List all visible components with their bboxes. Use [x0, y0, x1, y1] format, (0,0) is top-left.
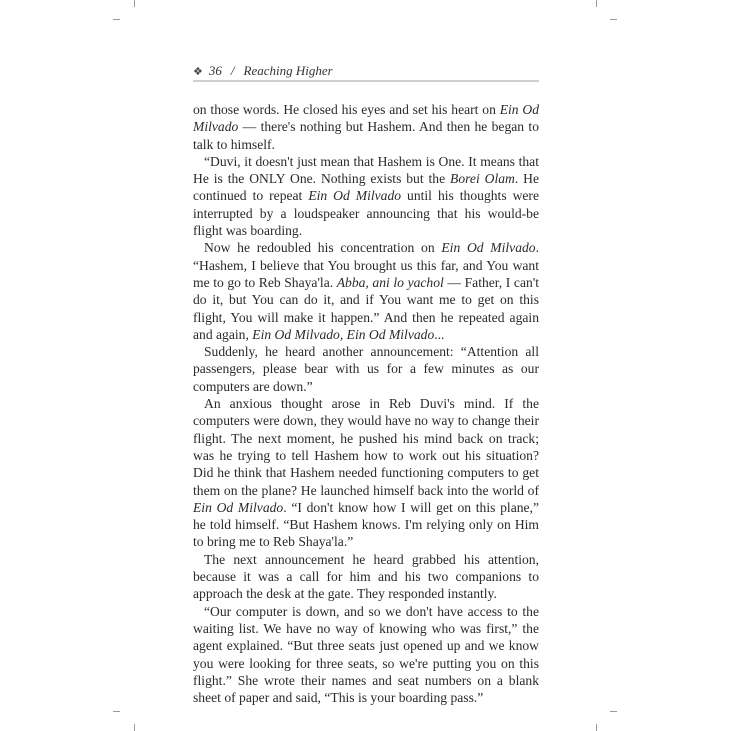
paragraph: on those words. He closed his eyes and s… [193, 101, 539, 153]
text-run: Suddenly, he heard another announcement:… [193, 344, 539, 394]
text-run: Now he redoubled his concentration on [204, 240, 441, 255]
crop-mark-bottom-left-vertical [134, 724, 135, 731]
book-title: Reaching Higher [244, 63, 333, 78]
italic-phrase: Ein Od Milvado [441, 240, 535, 255]
paragraph: “Our computer is down, and so we don't h… [193, 603, 539, 707]
header-separator: / [231, 63, 235, 78]
page-number: 36 [209, 63, 222, 78]
paragraph: “Duvi, it doesn't just mean that Hashem … [193, 153, 539, 239]
crop-mark-bottom-right-vertical [596, 724, 597, 731]
text-run: An anxious thought arose in Reb Duvi's m… [193, 396, 539, 497]
italic-phrase: Ein Od Milvado [308, 188, 401, 203]
paragraph: The next announcement he heard grabbed h… [193, 551, 539, 603]
italic-phrase: Ein Od Milvado, Ein Od Milvado [252, 327, 434, 342]
paragraph: Suddenly, he heard another announcement:… [193, 343, 539, 395]
text-run: on those words. He closed his eyes and s… [193, 102, 500, 117]
crop-mark-bottom-right-horizontal [610, 711, 617, 712]
italic-phrase: Borei Olam [450, 171, 515, 186]
italic-phrase: Ein Od Milvado [193, 500, 283, 515]
paragraph: Now he redoubled his concentration on Ei… [193, 239, 539, 343]
text-run: — there's nothing but Hashem. And then h… [193, 119, 539, 151]
crop-mark-bottom-left-horizontal [113, 711, 120, 712]
page-body: on those words. He closed his eyes and s… [193, 101, 539, 706]
header-rule [193, 80, 539, 82]
text-run: ... [434, 327, 444, 342]
ornament-icon: ❖ [193, 66, 203, 78]
crop-mark-top-left-vertical [134, 0, 135, 7]
crop-mark-top-right-vertical [596, 0, 597, 7]
italic-phrase: Abba, ani lo yachol [337, 275, 444, 290]
running-header: ❖36/Reaching Higher [193, 62, 539, 80]
crop-mark-top-left-horizontal [113, 19, 120, 20]
text-run: “Our computer is down, and so we don't h… [193, 604, 539, 705]
text-run: The next announcement he heard grabbed h… [193, 552, 539, 602]
crop-mark-top-right-horizontal [610, 19, 617, 20]
paragraph: An anxious thought arose in Reb Duvi's m… [193, 395, 539, 551]
